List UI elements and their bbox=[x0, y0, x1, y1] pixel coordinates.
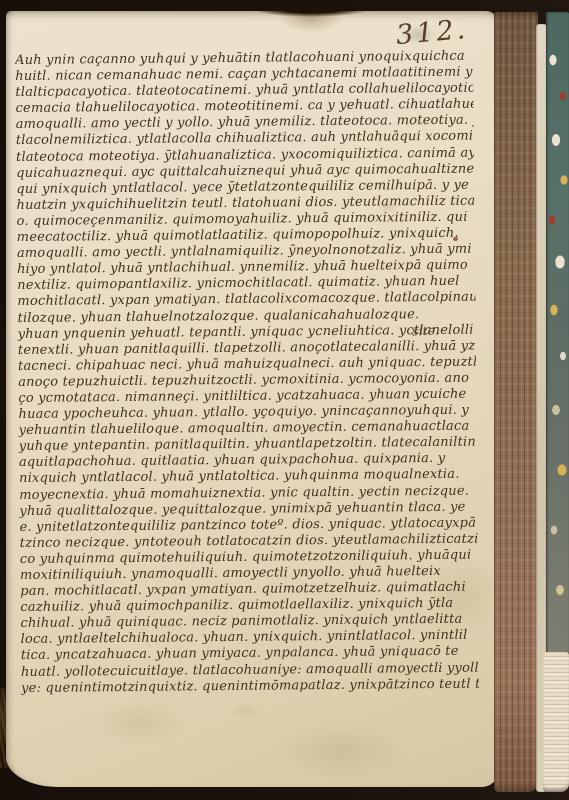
fore-edge-page-stack bbox=[494, 12, 538, 792]
manuscript-page: 312. Auh ynin caçanno yuhqui y yehuātin … bbox=[6, 11, 498, 787]
manuscript-text-block: Auh ynin caçanno yuhqui y yehuātin tlatl… bbox=[15, 49, 479, 705]
lower-page-edges bbox=[543, 652, 569, 792]
marbled-endpaper bbox=[546, 12, 569, 654]
manuscript-text-line: ye: quenintimotzinquixtiz. quenintimōmap… bbox=[21, 676, 479, 696]
ink-stain bbox=[453, 237, 458, 241]
book-photo: 312. Auh ynin caçanno yuhqui y yehuātin … bbox=[0, 0, 569, 800]
page-number: 312. bbox=[395, 14, 470, 51]
top-edge-shadow bbox=[252, 8, 370, 19]
margin-note: site. bbox=[412, 323, 439, 339]
